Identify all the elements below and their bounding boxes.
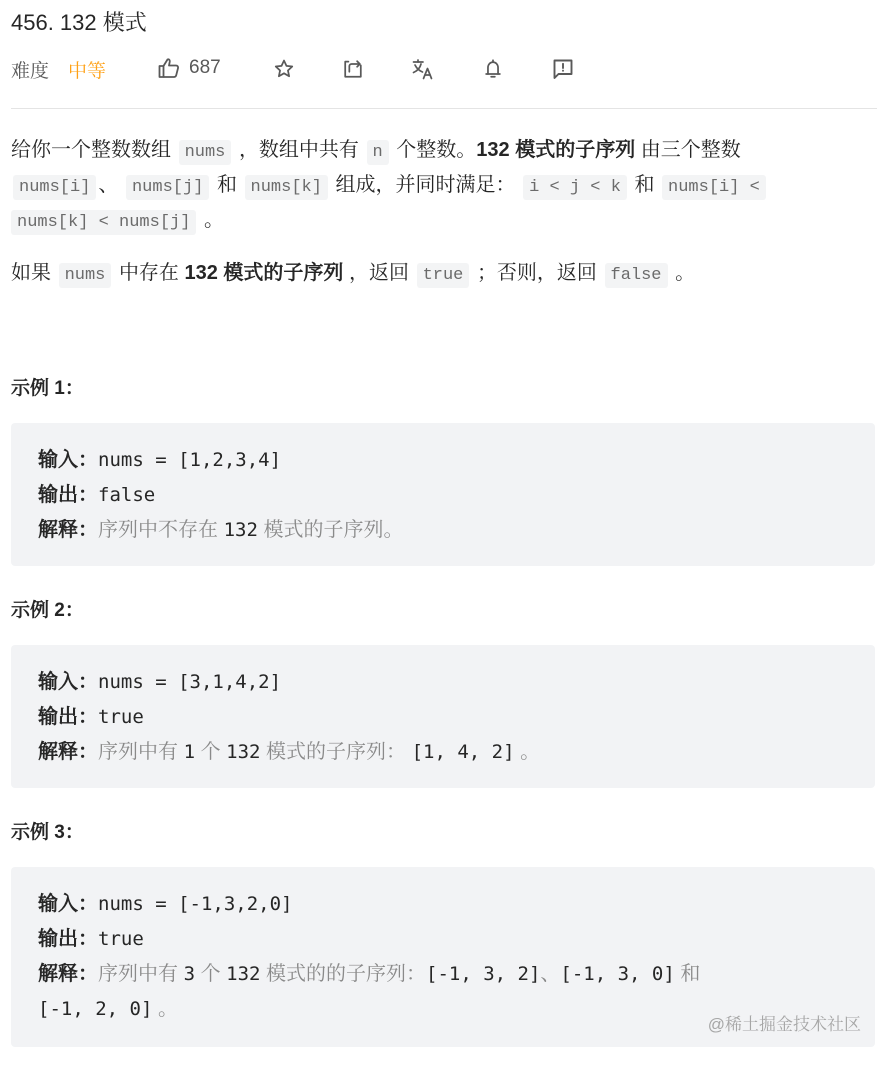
header-divider bbox=[11, 108, 877, 109]
explain-text: 个 bbox=[195, 963, 226, 985]
explain-code: 132 bbox=[226, 963, 260, 985]
output-value: true bbox=[98, 706, 144, 728]
text: 。 bbox=[204, 209, 224, 231]
explain-label: 解释： bbox=[38, 963, 98, 985]
problem-return-description: 如果 nums 中存在 132 模式的子序列 ，返回 true ；否则，返回 f… bbox=[11, 257, 877, 292]
problem-description: 给你一个整数数组 nums ，数组中共有 n 个整数。132 模式的子序列 由三… bbox=[11, 134, 877, 239]
example-3-block: 输入：nums = [-1,3,2,0] 输出：true 解释：序列中有 3 个… bbox=[11, 867, 875, 1047]
example-explanation: 解释：序列中有 3 个 132 模式的的子序列：[-1, 3, 2]、[-1, … bbox=[38, 957, 848, 992]
explain-text: 模式的子序列： bbox=[260, 741, 411, 763]
example-explanation: 解释：序列中不存在 132 模式的子序列。 bbox=[38, 513, 848, 548]
example-input: 输入：nums = [1,2,3,4] bbox=[38, 443, 848, 478]
description-paragraph-2: 如果 nums 中存在 132 模式的子序列 ，返回 true ；否则，返回 f… bbox=[11, 257, 877, 292]
inline-code: nums[i] bbox=[13, 175, 96, 200]
inline-code: n bbox=[367, 140, 389, 165]
difficulty-badge: 中等 bbox=[68, 56, 106, 83]
inline-code: nums bbox=[179, 140, 232, 165]
feedback-button[interactable] bbox=[551, 57, 575, 81]
explain-text: 模式的的子序列： bbox=[260, 963, 426, 985]
input-value: nums = [-1,3,2,0] bbox=[98, 893, 292, 915]
example-input: 输入：nums = [3,1,4,2] bbox=[38, 665, 848, 700]
explain-text: 、 bbox=[540, 963, 560, 985]
text: 和 bbox=[217, 174, 237, 196]
text: 个整数。 bbox=[396, 139, 476, 161]
example-3-title: 示例 3： bbox=[11, 817, 84, 844]
output-value: true bbox=[98, 928, 144, 950]
explain-label: 解释： bbox=[38, 519, 98, 541]
explain-code: 3 bbox=[184, 963, 195, 985]
explain-code: 1 bbox=[184, 741, 195, 763]
text: 组成，并同时满足： bbox=[336, 174, 516, 196]
like-count: 687 bbox=[189, 57, 221, 79]
inline-code: false bbox=[605, 263, 668, 288]
bold-term: 132 模式的子序列 bbox=[476, 139, 635, 161]
text: 。 bbox=[675, 262, 695, 284]
thumbs-up-icon bbox=[157, 56, 181, 80]
explain-label: 解释： bbox=[38, 741, 98, 763]
input-value: nums = [1,2,3,4] bbox=[98, 449, 281, 471]
explain-code: [1, 4, 2] bbox=[412, 741, 515, 763]
explain-text: 和 bbox=[675, 963, 701, 985]
favorite-button[interactable] bbox=[272, 57, 296, 81]
inline-code: nums[j] bbox=[126, 175, 209, 200]
text: 由三个整数 bbox=[641, 139, 741, 161]
problem-meta-bar: 难度 中等 687 bbox=[11, 54, 877, 84]
input-label: 输入： bbox=[38, 671, 98, 693]
text: 给你一个整数数组 bbox=[11, 139, 171, 161]
inline-code: nums[i] < bbox=[662, 175, 766, 200]
explain-text: 模式的子序列。 bbox=[258, 519, 404, 541]
example-2-block: 输入：nums = [3,1,4,2] 输出：true 解释：序列中有 1 个 … bbox=[11, 645, 875, 788]
star-icon bbox=[273, 58, 295, 80]
input-value: nums = [3,1,4,2] bbox=[98, 671, 281, 693]
text: 如果 bbox=[11, 262, 51, 284]
inline-code: nums bbox=[59, 263, 112, 288]
output-label: 输出： bbox=[38, 706, 98, 728]
example-2-title: 示例 2： bbox=[11, 595, 84, 622]
share-button[interactable] bbox=[341, 57, 365, 81]
explain-text: 个 bbox=[195, 741, 226, 763]
explain-code: [-1, 3, 2] bbox=[426, 963, 540, 985]
input-label: 输入： bbox=[38, 449, 98, 471]
inline-code: true bbox=[417, 263, 470, 288]
explain-code: [-1, 2, 0] bbox=[38, 998, 152, 1020]
output-label: 输出： bbox=[38, 484, 98, 506]
explain-code: [-1, 3, 0] bbox=[560, 963, 674, 985]
text: ，返回 bbox=[349, 262, 409, 284]
explain-text: 。 bbox=[152, 998, 178, 1020]
explain-code: 132 bbox=[226, 741, 260, 763]
explain-text: 。 bbox=[515, 741, 541, 763]
explain-code: 132 bbox=[224, 519, 258, 541]
inline-code: nums[k] < nums[j] bbox=[11, 210, 196, 235]
example-output: 输出：false bbox=[38, 478, 848, 513]
translate-icon bbox=[411, 57, 435, 81]
explain-text: 序列中有 bbox=[98, 741, 184, 763]
example-1-block: 输入：nums = [1,2,3,4] 输出：false 解释：序列中不存在 1… bbox=[11, 423, 875, 566]
inline-code: nums[k] bbox=[245, 175, 328, 200]
text: ；否则，返回 bbox=[477, 262, 597, 284]
feedback-icon bbox=[551, 57, 575, 81]
subscribe-button[interactable] bbox=[481, 57, 505, 81]
text: ，数组中共有 bbox=[239, 139, 359, 161]
explain-text: 序列中不存在 bbox=[98, 519, 224, 541]
example-1-title: 示例 1： bbox=[11, 373, 84, 400]
share-icon bbox=[342, 58, 364, 80]
translate-button[interactable] bbox=[411, 57, 435, 81]
problem-title: 456. 132 模式 bbox=[11, 8, 147, 38]
bell-icon bbox=[482, 58, 504, 80]
input-label: 输入： bbox=[38, 893, 98, 915]
example-explanation: 解释：序列中有 1 个 132 模式的子序列： [1, 4, 2] 。 bbox=[38, 735, 848, 770]
watermark: @稀土掘金技术社区 bbox=[708, 1010, 861, 1035]
like-button[interactable]: 687 bbox=[157, 56, 221, 80]
output-label: 输出： bbox=[38, 928, 98, 950]
example-output: 输出：true bbox=[38, 922, 848, 957]
text: 、 bbox=[98, 174, 118, 196]
description-paragraph-1: 给你一个整数数组 nums ，数组中共有 n 个整数。132 模式的子序列 由三… bbox=[11, 134, 877, 239]
text: 中存在 bbox=[119, 262, 179, 284]
example-input: 输入：nums = [-1,3,2,0] bbox=[38, 887, 848, 922]
difficulty-label: 难度 bbox=[11, 56, 49, 83]
output-value: false bbox=[98, 484, 155, 506]
bold-term: 132 模式的子序列 bbox=[185, 262, 344, 284]
text: 和 bbox=[634, 174, 654, 196]
explain-text: 序列中有 bbox=[98, 963, 184, 985]
example-output: 输出：true bbox=[38, 700, 848, 735]
inline-code: i < j < k bbox=[523, 175, 627, 200]
